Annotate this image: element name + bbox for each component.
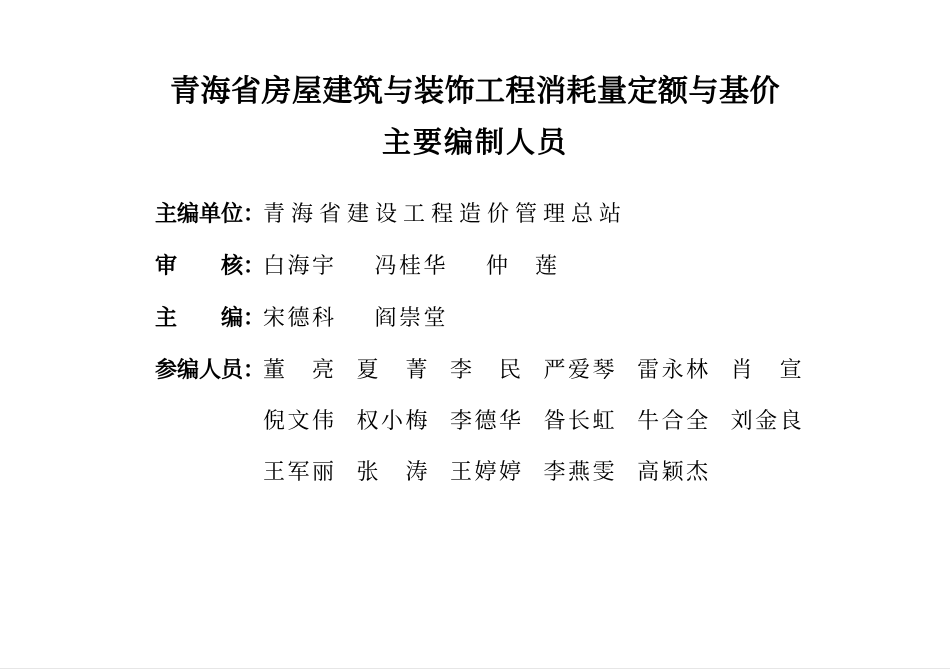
credits-block: 主编单位： 青海省建设工程造价管理总站 审 核： 白海宇 冯桂华 仲 莲 主 编…: [155, 202, 890, 512]
contributor-name: 雷永林: [637, 358, 711, 382]
contributor-name: 李燕雯: [544, 460, 618, 484]
field-label-contributors: 参编人员：: [155, 358, 263, 382]
contributor-row: 王军丽 张 涛 王婷婷 李燕雯 高颖杰: [263, 460, 804, 484]
field-reviewers: 审 核： 白海宇 冯桂华 仲 莲: [155, 254, 890, 278]
field-label-editor-unit: 主编单位：: [155, 202, 263, 226]
contributor-name: 肖 宣: [731, 358, 805, 382]
document-subtitle: 主要编制人员: [0, 126, 950, 160]
contributor-name: 严爱琴: [544, 358, 618, 382]
chief-editor-names: 宋德科 阎崇堂: [263, 306, 448, 330]
contributor-rows: 董 亮 夏 菁 李 民 严爱琴 雷永林 肖 宣 倪文伟 权小梅 李德华 昝长虹 …: [263, 358, 804, 484]
reviewer-name: 冯桂华: [375, 254, 449, 278]
contributor-name: 王婷婷: [450, 460, 524, 484]
contributor-name: 张 涛: [357, 460, 431, 484]
contributor-name: 高颖杰: [637, 460, 711, 484]
field-editor-unit: 主编单位： 青海省建设工程造价管理总站: [155, 202, 890, 226]
field-value-editor-unit: 青海省建设工程造价管理总站: [263, 202, 627, 226]
contributor-name: 董 亮: [263, 358, 337, 382]
document-title: 青海省房屋建筑与装饰工程消耗量定额与基价: [0, 74, 950, 110]
document-page: 青海省房屋建筑与装饰工程消耗量定额与基价 主要编制人员 主编单位： 青海省建设工…: [0, 0, 950, 669]
contributor-name: 牛合全: [637, 409, 711, 433]
reviewer-names: 白海宇 冯桂华 仲 莲: [263, 254, 560, 278]
contributor-name: 李德华: [450, 409, 524, 433]
contributor-name: 刘金良: [731, 409, 805, 433]
contributor-name: 昝长虹: [544, 409, 618, 433]
contributor-name: 夏 菁: [357, 358, 431, 382]
field-chief-editors: 主 编： 宋德科 阎崇堂: [155, 306, 890, 330]
field-label-chief-editors: 主 编：: [155, 306, 263, 330]
contributor-name: 王军丽: [263, 460, 337, 484]
field-label-reviewers: 审 核：: [155, 254, 263, 278]
contributor-row: 董 亮 夏 菁 李 民 严爱琴 雷永林 肖 宣: [263, 358, 804, 382]
chief-editor-name: 宋德科: [263, 306, 337, 330]
chief-editor-name: 阎崇堂: [375, 306, 449, 330]
reviewer-name: 仲 莲: [486, 254, 560, 278]
field-contributors: 参编人员： 董 亮 夏 菁 李 民 严爱琴 雷永林 肖 宣 倪文伟 权小梅 李德…: [155, 358, 890, 484]
reviewer-name: 白海宇: [263, 254, 337, 278]
contributor-row: 倪文伟 权小梅 李德华 昝长虹 牛合全 刘金良: [263, 409, 804, 433]
contributor-name: 权小梅: [357, 409, 431, 433]
contributor-name: 倪文伟: [263, 409, 337, 433]
contributor-name: 李 民: [450, 358, 524, 382]
